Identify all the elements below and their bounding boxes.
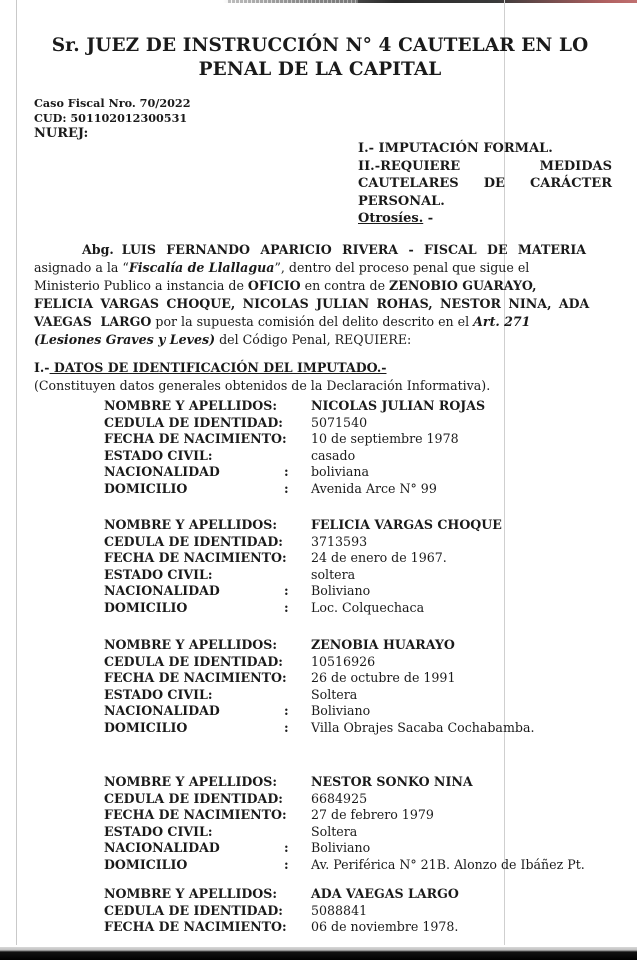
cud-number: CUD: 501102012300531 xyxy=(34,111,190,126)
colon: : xyxy=(284,583,289,600)
accused-names: FELICIA VARGAS CHOQUE, NICOLAS JULIAN RO… xyxy=(34,295,589,313)
colon: : xyxy=(284,600,289,617)
title-line-2: PENAL DE LA CAPITAL xyxy=(20,58,620,82)
intro-line: Ministerio Publico a instancia de OFICIO… xyxy=(34,277,612,295)
accused-names: ZENOBIO GUARAYO, xyxy=(389,278,537,293)
intro-line: Abg. LUIS FERNANDO APARICIO RIVERA - FIS… xyxy=(34,241,612,259)
text: del Código Penal, REQUIERE: xyxy=(215,331,411,349)
value-fecha: 10 de septiembre 1978 xyxy=(281,431,459,448)
colon: : xyxy=(284,481,289,498)
value-nombre: ZENOBIA HUARAYO xyxy=(281,637,455,654)
value-fecha: 26 de octubre de 1991 xyxy=(281,670,455,687)
imputado-card: NOMBRE Y APELLIDOS:ZENOBIA HUARAYO CEDUL… xyxy=(104,637,624,736)
fiscalia-name: Fiscalía de Llallagua xyxy=(129,260,275,275)
document-title: Sr. JUEZ DE INSTRUCCIÓN N° 4 CAUTELAR EN… xyxy=(20,34,620,82)
label-nombre: NOMBRE Y APELLIDOS: xyxy=(104,886,281,903)
label-fecha: FECHA DE NACIMIENTO: xyxy=(104,550,281,567)
value-nacionalidad: boliviana xyxy=(281,464,369,481)
label-estado: ESTADO CIVIL: xyxy=(104,824,281,841)
page-left-edge xyxy=(16,0,17,945)
sumilla-imputacion: I.- IMPUTACIÓN FORMAL. xyxy=(358,140,612,158)
label-nombre: NOMBRE Y APELLIDOS: xyxy=(104,774,281,791)
label-fecha: FECHA DE NACIMIENTO: xyxy=(104,807,281,824)
sumilla-word: MEDIDAS xyxy=(540,158,612,176)
imputado-card: NOMBRE Y APELLIDOS:NICOLAS JULIAN ROJAS … xyxy=(104,398,624,497)
value-domicilio: Loc. Colquechaca xyxy=(281,600,424,617)
value-estado: casado xyxy=(281,448,355,465)
intro-line: FELICIA VARGAS CHOQUE, NICOLAS JULIAN RO… xyxy=(34,295,612,313)
sumilla-word: II.-REQUIERE xyxy=(358,158,460,176)
colon: : xyxy=(284,703,289,720)
sumilla-requiere: II.-REQUIERE MEDIDAS xyxy=(358,158,612,176)
sumilla-otrosies: Otrosíes. - xyxy=(358,210,612,228)
intro-line: VAEGAS LARGO por la supuesta comisión de… xyxy=(34,313,612,331)
value-cedula: 6684925 xyxy=(281,791,367,808)
intro-text: Ministerio Publico a instancia de OFICIO… xyxy=(34,277,537,295)
text: ”, dentro del proceso penal que sigue el xyxy=(274,260,529,275)
accused-names: VAEGAS LARGO xyxy=(34,314,151,329)
label-nacionalidad: NACIONALIDAD: xyxy=(104,583,281,600)
value-domicilio: Av. Periférica N° 21B. Alonzo de Ibáñez … xyxy=(281,857,585,874)
text: por la supuesta comisión del delito desc… xyxy=(151,314,473,329)
label-cedula: CEDULA DE IDENTIDAD: xyxy=(104,534,281,551)
label-nacionalidad: NACIONALIDAD: xyxy=(104,703,281,720)
intro-text: VAEGAS LARGO por la supuesta comisión de… xyxy=(34,313,530,331)
label-text: DOMICILIO xyxy=(104,600,187,615)
value-cedula: 5088841 xyxy=(281,903,367,920)
label-text: NACIONALIDAD xyxy=(104,840,220,855)
label-estado: ESTADO CIVIL: xyxy=(104,567,281,584)
fiscal-name: LUIS FERNANDO APARICIO RIVERA - FISCAL D… xyxy=(122,241,612,259)
colon: : xyxy=(284,464,289,481)
otrosies-suffix: - xyxy=(423,211,433,226)
value-nombre: ADA VAEGAS LARGO xyxy=(281,886,459,903)
text: en contra de xyxy=(301,278,389,293)
oficio-label: OFICIO xyxy=(248,278,301,293)
value-fecha: 06 de noviembre 1978. xyxy=(281,919,458,936)
label-nombre: NOMBRE Y APELLIDOS: xyxy=(104,398,281,415)
value-domicilio: Avenida Arce N° 99 xyxy=(281,481,437,498)
value-cedula: 5071540 xyxy=(281,415,367,432)
label-estado: ESTADO CIVIL: xyxy=(104,687,281,704)
value-nacionalidad: Boliviano xyxy=(281,703,370,720)
colon: : xyxy=(284,840,289,857)
section-heading: I.- DATOS DE IDENTIFICACIÓN DEL IMPUTADO… xyxy=(34,359,614,377)
text: Ministerio Publico a instancia de xyxy=(34,278,248,293)
sumilla-word: DE xyxy=(484,175,505,193)
label-nacionalidad: NACIONALIDAD: xyxy=(104,840,281,857)
label-domicilio: DOMICILIO: xyxy=(104,857,281,874)
label-fecha: FECHA DE NACIMIENTO: xyxy=(104,919,281,936)
value-cedula: 3713593 xyxy=(281,534,367,551)
sumilla-cautelares: CAUTELARES DE CARÁCTER xyxy=(358,175,612,193)
intro-paragraph: Abg. LUIS FERNANDO APARICIO RIVERA - FIS… xyxy=(34,241,612,349)
section-title: DATOS DE IDENTIFICACIÓN DEL IMPUTADO.- xyxy=(50,360,387,375)
label-cedula: CEDULA DE IDENTIDAD: xyxy=(104,903,281,920)
otrosies-label: Otrosíes. xyxy=(358,211,423,226)
intro-text: asignado a la “Fiscalía de Llallagua”, d… xyxy=(34,259,529,277)
value-estado: Soltera xyxy=(281,687,357,704)
article-ref: Art. 271 xyxy=(473,314,530,329)
label-text: NACIONALIDAD xyxy=(104,464,220,479)
label-text: DOMICILIO xyxy=(104,481,187,496)
abg-prefix: Abg. xyxy=(82,241,114,259)
imputado-card: NOMBRE Y APELLIDOS:FELICIA VARGAS CHOQUE… xyxy=(104,517,624,616)
label-estado: ESTADO CIVIL: xyxy=(104,448,281,465)
value-nombre: FELICIA VARGAS CHOQUE xyxy=(281,517,502,534)
value-fecha: 27 de febrero 1979 xyxy=(281,807,434,824)
value-nombre: NICOLAS JULIAN ROJAS xyxy=(281,398,485,415)
sumilla-block: I.- IMPUTACIÓN FORMAL. II.-REQUIERE MEDI… xyxy=(358,140,612,228)
label-text: NACIONALIDAD xyxy=(104,703,220,718)
text: asignado a la “ xyxy=(34,260,129,275)
intro-line: asignado a la “Fiscalía de Llallagua”, d… xyxy=(34,259,612,277)
imputado-card: NOMBRE Y APELLIDOS:ADA VAEGAS LARGO CEDU… xyxy=(104,886,624,936)
section-number: I.- xyxy=(34,360,50,375)
sumilla-word: CARÁCTER xyxy=(530,175,612,193)
label-cedula: CEDULA DE IDENTIDAD: xyxy=(104,791,281,808)
value-nacionalidad: Boliviano xyxy=(281,840,370,857)
label-text: DOMICILIO xyxy=(104,720,187,735)
value-cedula: 10516926 xyxy=(281,654,375,671)
label-text: DOMICILIO xyxy=(104,857,187,872)
label-text: NACIONALIDAD xyxy=(104,583,220,598)
letterhead-remnant xyxy=(228,0,358,3)
colon: : xyxy=(284,857,289,874)
fiscal-name-text: LUIS FERNANDO APARICIO RIVERA - FISCAL D… xyxy=(122,241,586,259)
label-cedula: CEDULA DE IDENTIDAD: xyxy=(104,415,281,432)
label-cedula: CEDULA DE IDENTIDAD: xyxy=(104,654,281,671)
title-line-1: Sr. JUEZ DE INSTRUCCIÓN N° 4 CAUTELAR EN… xyxy=(20,34,620,58)
label-nombre: NOMBRE Y APELLIDOS: xyxy=(104,637,281,654)
value-nombre: NESTOR SONKO NINA xyxy=(281,774,473,791)
label-domicilio: DOMICILIO: xyxy=(104,720,281,737)
sumilla-word: CAUTELARES xyxy=(358,175,459,193)
value-estado: Soltera xyxy=(281,824,357,841)
label-fecha: FECHA DE NACIMIENTO: xyxy=(104,670,281,687)
value-estado: soltera xyxy=(281,567,355,584)
label-domicilio: DOMICILIO: xyxy=(104,481,281,498)
label-domicilio: DOMICILIO: xyxy=(104,600,281,617)
nurej-label: NUREJ: xyxy=(34,126,190,142)
sumilla-personal: PERSONAL. xyxy=(358,193,612,211)
case-info: Caso Fiscal Nro. 70/2022 CUD: 5011020123… xyxy=(34,96,190,142)
label-nombre: NOMBRE Y APELLIDOS: xyxy=(104,517,281,534)
value-nacionalidad: Boliviano xyxy=(281,583,370,600)
label-fecha: FECHA DE NACIMIENTO: xyxy=(104,431,281,448)
imputado-card: NOMBRE Y APELLIDOS:NESTOR SONKO NINA CED… xyxy=(104,774,624,873)
label-nacionalidad: NACIONALIDAD: xyxy=(104,464,281,481)
intro-line: (Lesiones Graves y Leves) del Código Pen… xyxy=(34,331,612,349)
colon: : xyxy=(284,720,289,737)
value-domicilio: Villa Obrajes Sacaba Cochabamba. xyxy=(281,720,534,737)
section-subtitle: (Constituyen datos generales obtenidos d… xyxy=(34,377,614,395)
crime-description: (Lesiones Graves y Leves) xyxy=(34,331,215,349)
page-bottom-edge xyxy=(0,947,637,960)
value-fecha: 24 de enero de 1967. xyxy=(281,550,447,567)
section-identificacion: I.- DATOS DE IDENTIFICACIÓN DEL IMPUTADO… xyxy=(34,359,614,395)
caso-fiscal: Caso Fiscal Nro. 70/2022 xyxy=(34,96,190,111)
